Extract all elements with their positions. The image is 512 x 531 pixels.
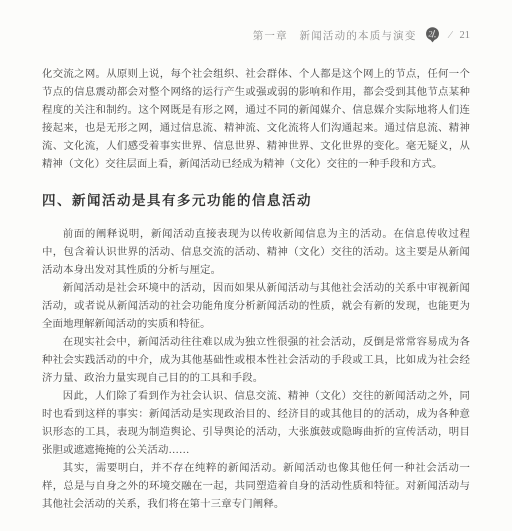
paragraph: 因此，人们除了看到作为社会认识、信息交流、精神（文化）交往的新闻活动之外，同时也… <box>42 388 470 460</box>
page-number-separator: ∕ <box>450 30 453 41</box>
paragraph: 新闻活动是社会环境中的活动，因而如果从新闻活动与其他社会活动的关系中审视新闻活动… <box>42 280 470 334</box>
book-page: 第一章 新闻活动的本质与演变 2 ∕ 21 化交流之网。从原则上说，每个社会组织… <box>0 0 512 531</box>
paragraph: 前面的阐释说明，新闻活动直接表现为以传收新闻信息为主的活动。在信息传收过程中，包… <box>42 226 470 280</box>
body-text: 化交流之网。从原则上说，每个社会组织、社会群体、个人都是这个网上的节点，任何一个… <box>42 66 470 514</box>
page-header: 第一章 新闻活动的本质与演变 2 ∕ 21 <box>42 26 470 44</box>
paragraph: 其实，需要明白，并不存在纯粹的新闻活动。新闻活动也像其他任何一种社会活动一样，总… <box>42 460 470 514</box>
chapter-ornament-icon: 2 <box>424 26 441 44</box>
continuation-paragraph: 化交流之网。从原则上说，每个社会组织、社会群体、个人都是这个网上的节点，任何一个… <box>42 66 470 174</box>
running-head-chapter-title: 第一章 新闻活动的本质与演变 <box>253 28 417 43</box>
section-heading: 四、新闻活动是具有多元功能的信息活动 <box>42 191 470 211</box>
page-number: 21 <box>460 30 471 41</box>
paragraph: 在现实社会中，新闻活动往往难以成为独立性很强的社会活动，反倒是常常容易成为各种社… <box>42 334 470 388</box>
